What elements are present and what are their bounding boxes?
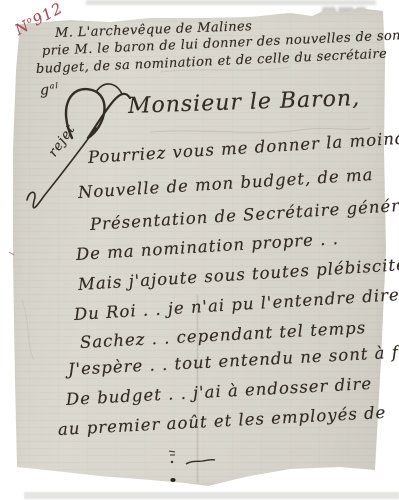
gal-superscript: al <box>50 81 60 90</box>
letter-photograph: No912 M. L'archevêque de Malines prie M.… <box>0 0 399 500</box>
backdrop-edge-shadow-bottom <box>24 492 399 499</box>
summary-gal-abbreviation: gal <box>40 81 60 99</box>
